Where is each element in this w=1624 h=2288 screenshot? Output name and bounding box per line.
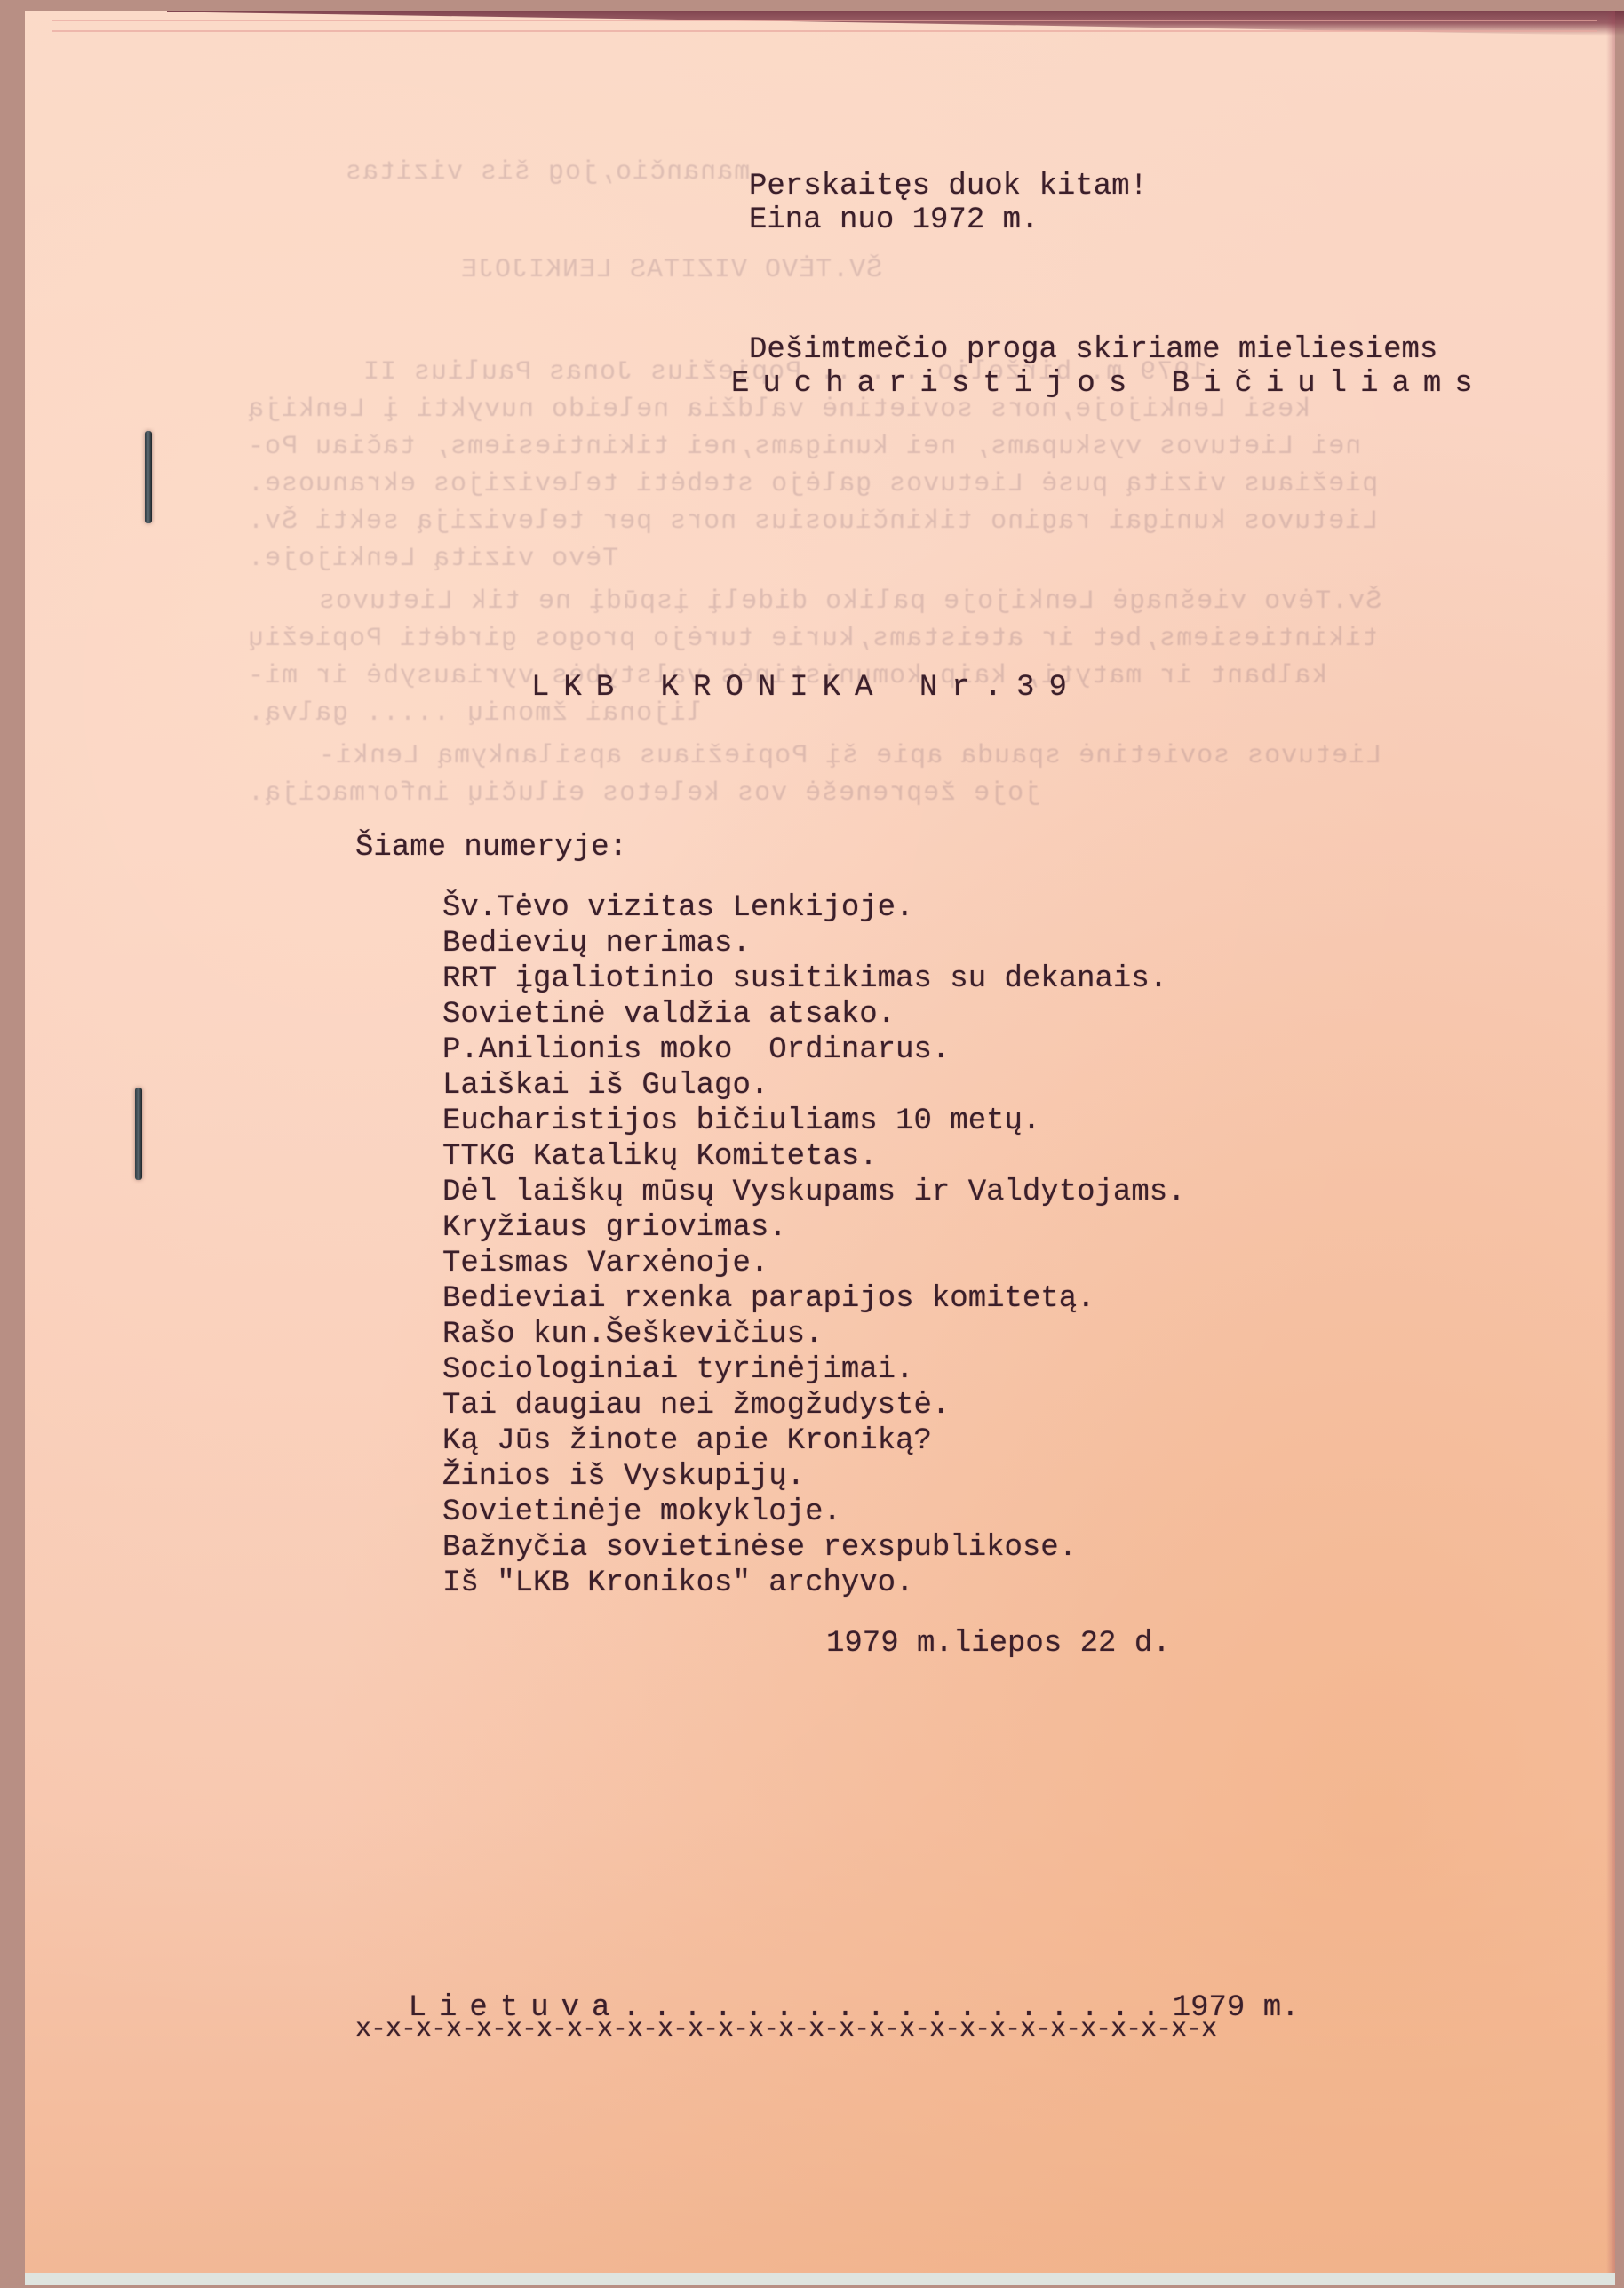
toc-item: Rašo kun.Šeškevičius. — [442, 1317, 1186, 1352]
show-through-line: tikintiesiems,bet ir ateistams,kurie tur… — [247, 624, 1378, 654]
toc-item: Sovietinėje mokykloje. — [442, 1495, 1186, 1530]
show-through-line: Lietuvos kunigai ragino tikinčiuosius no… — [247, 506, 1378, 537]
toc-item: Ką Jūs žinote apie Kroniką? — [442, 1423, 1186, 1459]
show-through-line: manančio,jog šis vizitas — [345, 157, 750, 187]
toc-item: Sociologiniai tyrinėjimai. — [442, 1352, 1186, 1388]
staple-bottom — [135, 1088, 142, 1180]
show-through-line: joje žeprenešė vos keletos eilučių infor… — [247, 778, 1040, 809]
toc-item: Bedievių nerimas. — [442, 926, 1186, 961]
show-through-line: piežiaus vizitą pusė Lietuvos galėjo ste… — [247, 469, 1378, 499]
show-through-line: Lietuvos sovietinė spauda apie šį Popiež… — [318, 741, 1381, 771]
page-bottom-strip — [25, 2273, 1615, 2285]
toc-item: Laiškai iš Gulago. — [442, 1068, 1186, 1104]
document-title: LKB KRONIKA Nr.39 — [531, 670, 1081, 706]
toc-item: Tai daugiau nei žmogžudystė. — [442, 1388, 1186, 1423]
toc-item: P.Anilionis moko Ordinarus. — [442, 1032, 1186, 1068]
dedication-recipients: Eucharistijos Bičiuliams — [731, 366, 1486, 402]
contents-heading: Šiame numeryje: — [355, 830, 627, 865]
publication-since: Eina nuo 1972 m. — [749, 203, 1039, 238]
show-through-line: Tėvo vizitą Lenkijoje. — [247, 544, 618, 574]
toc-item: Dėl laiškų mūsų Vyskupams ir Valdytojams… — [442, 1175, 1186, 1210]
toc-item: Sovietinė valdžia atsako. — [442, 997, 1186, 1032]
issue-date: 1979 m.liepos 22 d. — [826, 1626, 1171, 1662]
toc-item: Žinios iš Vyskupijų. — [442, 1459, 1186, 1495]
pass-on-notice: Perskaitęs duok kitam! — [749, 169, 1148, 204]
paper-fold-line — [52, 20, 1597, 21]
document-page: manančio,jog šis vizitas ŠV.TĖVO VIZITAS… — [25, 11, 1615, 2275]
x-separator-line: x-x-x-x-x-x-x-x-x-x-x-x-x-x-x-x-x-x-x-x-… — [355, 2012, 1216, 2047]
toc-item: Kryžiaus griovimas. — [442, 1210, 1186, 1246]
show-through-line: Šv.Tėvo viešnagė Lenkijoje paliko didelį… — [318, 586, 1381, 617]
toc-item: Bedieviai rxenka parapijos komitetą. — [442, 1281, 1186, 1317]
dedication-line: Dešimtmečio proga skiriame mieliesiems — [749, 332, 1437, 368]
show-through-line: nei Lietuvos vyskupams, nei kunigams,nei… — [247, 432, 1361, 462]
toc-item: Eucharistijos bičiuliams 10 metų. — [442, 1104, 1186, 1139]
toc-item: Iš "LKB Kronikos" archyvo. — [442, 1566, 1186, 1601]
staple-top — [145, 431, 152, 523]
toc-item: TTKG Katalikų Komitetas. — [442, 1139, 1186, 1175]
paper-fold-line — [52, 30, 1597, 32]
page-right-edge — [1606, 11, 1615, 2275]
show-through-heading: ŠV.TĖVO VIZITAS LENKIJOJE — [460, 255, 882, 285]
table-of-contents: Šv.Tėvo vizitas Lenkijoje. Bedievių neri… — [442, 890, 1186, 1601]
toc-item: Šv.Tėvo vizitas Lenkijoje. — [442, 890, 1186, 926]
toc-item: RRT įgaliotinio susitikimas su dekanais. — [442, 961, 1186, 997]
toc-item: Bažnyčia sovietinėse rexspublikose. — [442, 1530, 1186, 1566]
toc-item: Teismas Varxėnoje. — [442, 1246, 1186, 1281]
